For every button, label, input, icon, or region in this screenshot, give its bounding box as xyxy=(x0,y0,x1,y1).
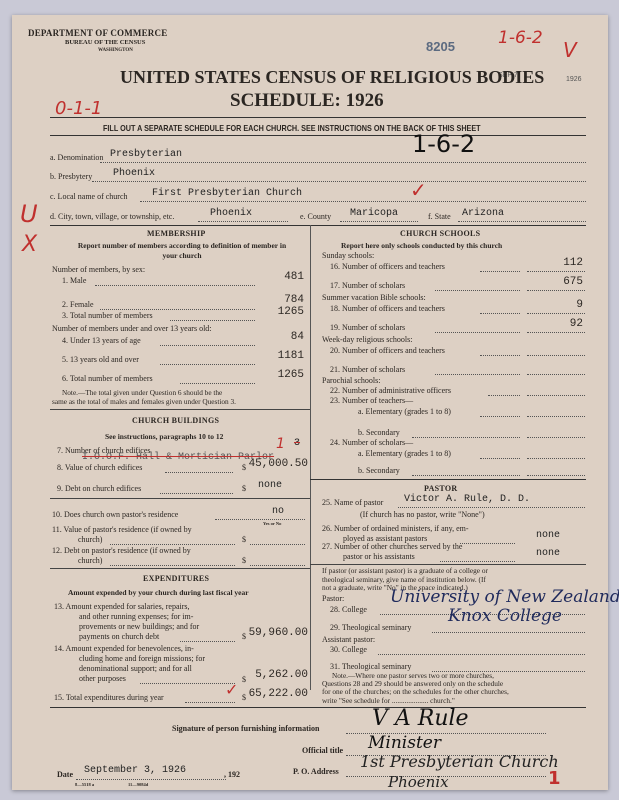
male-label: 1. Male xyxy=(62,276,86,285)
check-mark-annotation: V xyxy=(563,38,577,62)
edifice-value-amount[interactable]: 45,000.50 xyxy=(248,458,308,470)
edifice-count-value[interactable]: 1 xyxy=(276,436,285,452)
membership-note-line-1: Note.—The total given under Question 6 s… xyxy=(62,388,222,397)
denomination-label: a. Denomination xyxy=(50,153,103,162)
church-buildings-subtitle: See instructions, paragraphs 10 to 12 xyxy=(105,432,223,441)
struck-edifice-count: 3 xyxy=(294,438,300,449)
owns-residence-label: 10. Does church own pastor's residence xyxy=(52,510,178,519)
red-check-mark: ✓ xyxy=(410,178,427,202)
pastor-seminary-label: 29. Theological seminary xyxy=(330,623,411,632)
elementary-teachers-label: a. Elementary (grades 1 to 8) xyxy=(358,407,451,416)
total-members-label: 3. Total number of members xyxy=(62,311,153,320)
membership-subtitle: Report number of members according to de… xyxy=(72,241,292,261)
edifice-debt-value[interactable]: none xyxy=(258,480,282,491)
red-check-mark: ✓ xyxy=(225,680,238,699)
official-title-value[interactable]: Minister xyxy=(368,733,441,753)
total-expenditures-value[interactable]: 65,222.00 xyxy=(248,688,308,700)
state-value[interactable]: Arizona xyxy=(462,208,504,219)
other-churches-label-2: pastor or his assistants xyxy=(343,552,415,561)
summer-schools-label: Summer vacation Bible schools: xyxy=(322,293,426,302)
signature-value[interactable]: V A Rule xyxy=(372,706,469,731)
official-title-label: Official title xyxy=(302,746,343,755)
edifice-value-currency: $ xyxy=(242,463,246,472)
bureau-heading: BUREAU OF THE CENSUS xyxy=(65,39,145,46)
expenditures-subtitle: Amount expended by your church during la… xyxy=(68,588,249,597)
owns-residence-value[interactable]: no xyxy=(272,506,284,517)
female-value[interactable]: 784 xyxy=(262,294,304,306)
members-by-sex-label: Number of members, by sex: xyxy=(52,265,145,274)
presbytery-label: b. Presbytery xyxy=(50,172,92,181)
under-13-value[interactable]: 84 xyxy=(262,331,304,343)
secondary-teachers-label: b. Secondary xyxy=(358,428,400,437)
document-title: UNITED STATES CENSUS OF RELIGIOUS BODIES xyxy=(120,67,544,88)
church-schools-subtitle: Report here only schools conducted by th… xyxy=(341,241,502,250)
pastor-seminary-value[interactable]: Knox College xyxy=(448,606,562,626)
pastor-note: Note.—Where one pastor serves two or mor… xyxy=(322,672,509,705)
members-by-age-label: Number of members under and over 13 year… xyxy=(52,324,212,333)
over-13-label: 5. 13 years old and over xyxy=(62,355,139,364)
parochial-schools-label: Parochial schools: xyxy=(322,376,380,385)
print-number: 11—9084d xyxy=(128,782,148,787)
edifice-debt-currency: $ xyxy=(242,484,246,493)
assistant-college-label: 30. College xyxy=(330,645,367,654)
sunday-schools-label: Sunday schools: xyxy=(322,251,374,260)
residence-value-currency: $ xyxy=(242,535,246,544)
pastor-heading: PASTOR xyxy=(424,484,458,493)
weekday-scholars-label: 21. Number of scholars xyxy=(330,365,405,374)
county-label: e. County xyxy=(300,212,331,221)
margin-x-annotation: X xyxy=(22,232,37,257)
city-heading: WASHINGTON xyxy=(98,48,133,53)
other-churches-value[interactable]: none xyxy=(536,548,560,559)
date-suffix: , 192 xyxy=(224,770,240,779)
pastor-college-value[interactable]: University of New Zealand xyxy=(390,587,619,607)
total-members-value[interactable]: 1265 xyxy=(262,306,304,318)
pastor-name-value[interactable]: Victor A. Rule, D. D. xyxy=(404,494,530,505)
assistant-pastor-label: Assistant pastor: xyxy=(322,635,375,644)
county-value[interactable]: Maricopa xyxy=(350,208,398,219)
benevolences-expense-currency: $ xyxy=(242,675,246,684)
total-members-age-label: 6. Total number of members xyxy=(62,374,153,383)
top-right-code-annotation: 1-6-2 xyxy=(498,28,543,48)
po-address-label: P. O. Address xyxy=(293,767,339,776)
church-schools-heading: CHURCH SCHOOLS xyxy=(400,229,480,238)
local-church-name-label: c. Local name of church xyxy=(50,192,128,201)
po-address-value-line-2[interactable]: Phoenix xyxy=(388,773,449,791)
date-value[interactable]: September 3, 1926 xyxy=(84,765,186,776)
pastor-name-label: 25. Name of pastor xyxy=(322,498,383,507)
serial-number: 8205 xyxy=(426,39,455,54)
under-13-label: 4. Under 13 years of age xyxy=(62,336,141,345)
bottom-right-mark: 1 xyxy=(548,768,561,789)
presbytery-value[interactable]: Phoenix xyxy=(113,168,155,179)
membership-note-line-2: same as the total of males and females g… xyxy=(52,397,236,406)
left-code-annotation: 0-1-1 xyxy=(55,98,102,119)
assistant-ministers-value[interactable]: none xyxy=(536,530,560,541)
summer-scholars-label: 19. Number of scholars xyxy=(330,323,405,332)
pastor-subsection-label: Pastor: xyxy=(322,594,344,603)
yes-no-hint: Yes or No xyxy=(263,521,281,526)
edifice-value-label: 8. Value of church edifices xyxy=(57,463,142,472)
sunday-teachers-label: 16. Number of officers and teachers xyxy=(330,262,445,271)
residence-debt-label-1: 12. Debt on pastor's residence (if owned… xyxy=(52,546,191,555)
edifice-debt-label: 9. Debt on church edifices xyxy=(57,484,141,493)
total-expenditures-label: 15. Total expenditures during year xyxy=(54,693,164,702)
male-value[interactable]: 481 xyxy=(262,271,304,283)
church-buildings-heading: CHURCH BUILDINGS xyxy=(132,416,219,425)
form-number: 8—5518 a xyxy=(75,782,94,787)
pastor-college-label: 28. College xyxy=(330,605,367,614)
sunday-teachers-value[interactable]: 112 xyxy=(527,257,583,269)
date-label: Date xyxy=(57,770,73,779)
admin-officers-label: 22. Number of administrative officers xyxy=(330,386,451,395)
other-churches-label-1: 27. Number of other churches served by t… xyxy=(322,542,462,551)
teachers-label: 23. Number of teachers— xyxy=(330,396,413,405)
city-label: d. City, town, village, or township, etc… xyxy=(50,212,174,221)
summer-teachers-label: 18. Number of officers and teachers xyxy=(330,304,445,313)
weekday-schools-label: Week-day religious schools: xyxy=(322,335,412,344)
elementary-scholars-label: a. Elementary (grades 1 to 8) xyxy=(358,449,451,458)
summer-teachers-value[interactable]: 9 xyxy=(527,299,583,311)
margin-u-annotation: U xyxy=(20,200,38,228)
local-church-name-value[interactable]: First Presbyterian Church xyxy=(152,188,302,199)
residence-debt-label-2: church) xyxy=(78,556,102,565)
po-address-value-line-1[interactable]: 1st Presbyterian Church xyxy=(360,752,559,771)
department-heading: DEPARTMENT OF COMMERCE xyxy=(28,28,167,38)
assistant-ministers-label-1: 26. Number of ordained ministers, if any… xyxy=(322,524,469,533)
city-value[interactable]: Phoenix xyxy=(210,208,252,219)
state-label: f. State xyxy=(428,212,451,221)
parochial-scholars-label: 24. Number of scholars— xyxy=(330,438,413,447)
female-label: 2. Female xyxy=(62,300,94,309)
total-expenditures-currency: $ xyxy=(242,693,246,702)
salaries-expense-label: 13. Amount expended for salaries, repair… xyxy=(54,602,199,642)
benevolences-expense-value[interactable]: 5,262.00 xyxy=(248,669,308,681)
secondary-scholars-label: b. Secondary xyxy=(358,466,400,475)
salaries-expense-value[interactable]: 59,960.00 xyxy=(248,627,308,639)
struck-edifice-note: I.O.O.F. Hall & Mortician Parlor xyxy=(82,452,274,463)
benevolences-expense-label: 14. Amount expended for benevolences, in… xyxy=(54,644,205,684)
expenditures-heading: EXPENDITURES xyxy=(143,574,209,583)
total-members-age-value[interactable]: 1265 xyxy=(262,369,304,381)
received-stamp-year: 1926 xyxy=(566,76,582,83)
over-13-value[interactable]: 1181 xyxy=(262,350,304,362)
residence-value-label-1: 11. Value of pastor's residence (if owne… xyxy=(52,525,192,534)
signature-label: Signature of person furnishing informati… xyxy=(172,724,319,733)
residence-debt-currency: $ xyxy=(242,556,246,565)
denomination-value[interactable]: Presbyterian xyxy=(110,149,182,160)
residence-value-label-2: church) xyxy=(78,535,102,544)
sunday-scholars-value[interactable]: 675 xyxy=(527,276,583,288)
pastor-name-hint: (If church has no pastor, write "None") xyxy=(360,510,485,519)
sunday-scholars-label: 17. Number of scholars xyxy=(330,281,405,290)
classification-code-annotation: 1-6-2 xyxy=(412,130,475,158)
summer-scholars-value[interactable]: 92 xyxy=(527,318,583,330)
salaries-expense-currency: $ xyxy=(242,632,246,641)
assistant-seminary-label: 31. Theological seminary xyxy=(330,662,411,671)
document-subtitle: SCHEDULE: 1926 xyxy=(230,90,384,112)
weekday-teachers-label: 20. Number of officers and teachers xyxy=(330,346,445,355)
membership-heading: MEMBERSHIP xyxy=(147,229,206,238)
